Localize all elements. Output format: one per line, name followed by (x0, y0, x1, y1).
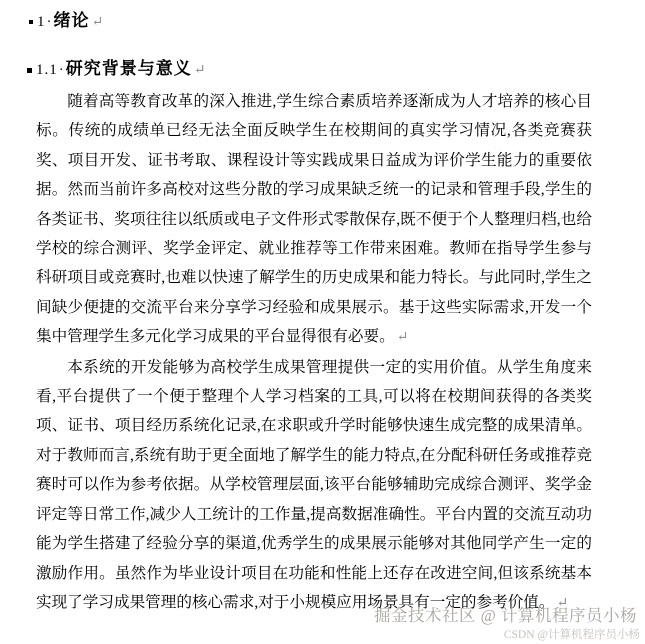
heading-bullet-square-icon (29, 20, 33, 24)
section-heading-1-1: 1.1·研究背景与意义↵ (0, 54, 205, 79)
paragraph-return-mark-icon: ↵ (194, 63, 206, 78)
space-format-mark: · (59, 62, 64, 78)
space-format-mark: · (47, 14, 52, 30)
paragraph: 随着高等教育改革的深入推进,学生综合素质培养逐渐成为人才培养的核心目标。传统的成… (36, 87, 592, 353)
paragraph: 本系统的开发能够为高校学生成果管理提供一定的实用价值。从学生角度来看,平台提供了… (36, 353, 592, 619)
paragraph-text: 随着高等教育改革的深入推进,学生综合素质培养逐渐成为人才培养的核心目标。传统的成… (36, 93, 592, 345)
paragraph-return-mark-icon: ↵ (397, 330, 409, 345)
watermark-csdn: CSDN @计算机程序员小杨 (504, 626, 640, 642)
paragraph-text: 本系统的开发能够为高校学生成果管理提供一定的实用价值。从学生角度来看,平台提供了… (36, 359, 592, 611)
document-body: 随着高等教育改革的深入推进,学生综合素质培养逐渐成为人才培养的核心目标。传统的成… (36, 87, 592, 618)
paragraph-return-mark-icon: ↵ (92, 15, 104, 30)
section-heading-1: 1·绪论↵ (0, 6, 103, 31)
heading-title: 研究背景与意义 (66, 59, 192, 78)
heading-title: 绪论 (54, 11, 90, 30)
watermark-juejin: 掘金技术社区 @ 计算机程序员小杨 (374, 602, 637, 626)
heading-number: 1 (37, 14, 46, 30)
heading-bullet-square-icon (27, 68, 32, 73)
heading-number: 1.1 (36, 62, 58, 78)
document-page: 1·绪论↵ 1.1·研究背景与意义↵ 随着高等教育改革的深入推进,学生综合素质培… (0, 0, 645, 644)
